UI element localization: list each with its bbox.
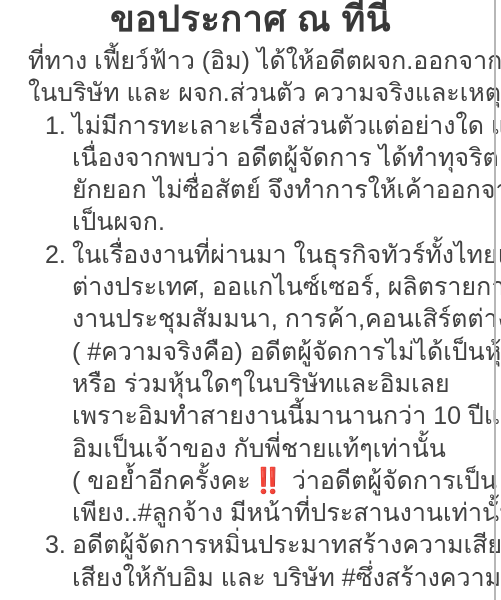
text-segment: เพียง..#ลูกจ้าง มีหน้าที่ประสานงานเท่านั…: [72, 499, 501, 527]
item-3-number: 3.: [45, 529, 72, 594]
text-line: เพราะอิมทำสายงานนี้มานานกว่า 10 ปีแล้ว แ…: [72, 400, 501, 432]
list-item-1: 1. ไม่มีการทะเลาะเรื่องส่วนตัวแต่อย่างใด…: [0, 110, 501, 239]
page-title: ขอประกาศ ณ ที่นี่: [0, 0, 501, 45]
item-2-body: ในเรื่องงานที่ผ่านมา ในธุรกิจทัวร์ทั้งไท…: [72, 239, 501, 530]
text-line-emphasis-1: ( ขอย้ำอีกครั้งคะ‼️ ว่าอดีตผู้จัดการเป็น: [72, 465, 501, 497]
item-1-body: ไม่มีการทะเลาะเรื่องส่วนตัวแต่อย่างใด แต…: [72, 110, 501, 239]
text-line: ต่างประเทศ, ออแกไนซ์เซอร์, ผลิตรายการ,: [72, 271, 501, 303]
text-line: เสียงให้กับอิม และ บริษัท #ซึ่งสร้างความ…: [72, 562, 501, 594]
text-line: อดีตผู้จัดการหมิ่นประมาทสร้างความเสียชื่…: [72, 529, 501, 561]
text-line: งานประชุมสัมมนา, การค้า,คอนเสิร์ตต่างๆ: [72, 303, 501, 335]
list-item-3: 3. อดีตผู้จัดการหมิ่นประมาทสร้างความเสีย…: [0, 529, 501, 594]
list-item-2: 2. ในเรื่องงานที่ผ่านมา ในธุรกิจทัวร์ทั้…: [0, 239, 501, 530]
intro-line-1: ที่ทาง เฟี้ยว์ฟ้าว (อิม) ได้ให้อดีตผจก.อ…: [28, 45, 471, 77]
text-line: เนื่องจากพบว่า อดีตผู้จัดการ ได้ทำทุจริต: [72, 142, 501, 174]
text-line: ยักยอก ไม่ซื่อสัตย์ จึงทำการให้เค้าออกจา…: [72, 174, 501, 206]
double-exclamation-icon: ‼️: [253, 467, 283, 495]
item-1-number: 1.: [45, 110, 72, 239]
text-line: อิมเป็นเจ้าของ กับพี่ชายแท้ๆเท่านั้น: [72, 433, 501, 465]
text-line: ไม่มีการทะเลาะเรื่องส่วนตัวแต่อย่างใด แต…: [72, 110, 501, 142]
text-segment: ว่าอดีตผู้จัดการเป็น: [285, 467, 497, 495]
text-line: ในเรื่องงานที่ผ่านมา ในธุรกิจทัวร์ทั้งไท…: [72, 239, 501, 271]
text-line: เป็นผจก.: [72, 206, 501, 238]
intro-paragraph: ที่ทาง เฟี้ยว์ฟ้าว (อิม) ได้ให้อดีตผจก.อ…: [0, 45, 501, 110]
text-segment: ( ขอย้ำอีกครั้งคะ: [72, 467, 251, 495]
item-2-number: 2.: [45, 239, 72, 530]
item-3-body: อดีตผู้จัดการหมิ่นประมาทสร้างความเสียชื่…: [72, 529, 501, 594]
text-line: ( #ความจริงคือ) อดีตผู้จัดการไม่ได้เป็นห…: [72, 336, 501, 368]
text-line: หรือ ร่วมหุ้นใดๆในบริษัทและอิมเลย: [72, 368, 501, 400]
right-border-line: [494, 0, 496, 600]
announcement-document: ขอประกาศ ณ ที่นี่ ที่ทาง เฟี้ยว์ฟ้าว (อิ…: [0, 0, 501, 600]
text-line-emphasis-2: เพียง..#ลูกจ้าง มีหน้าที่ประสานงานเท่านั…: [72, 497, 501, 529]
intro-line-2: ในบริษัท และ ผจก.ส่วนตัว ความจริงและเหตุ…: [28, 77, 471, 109]
